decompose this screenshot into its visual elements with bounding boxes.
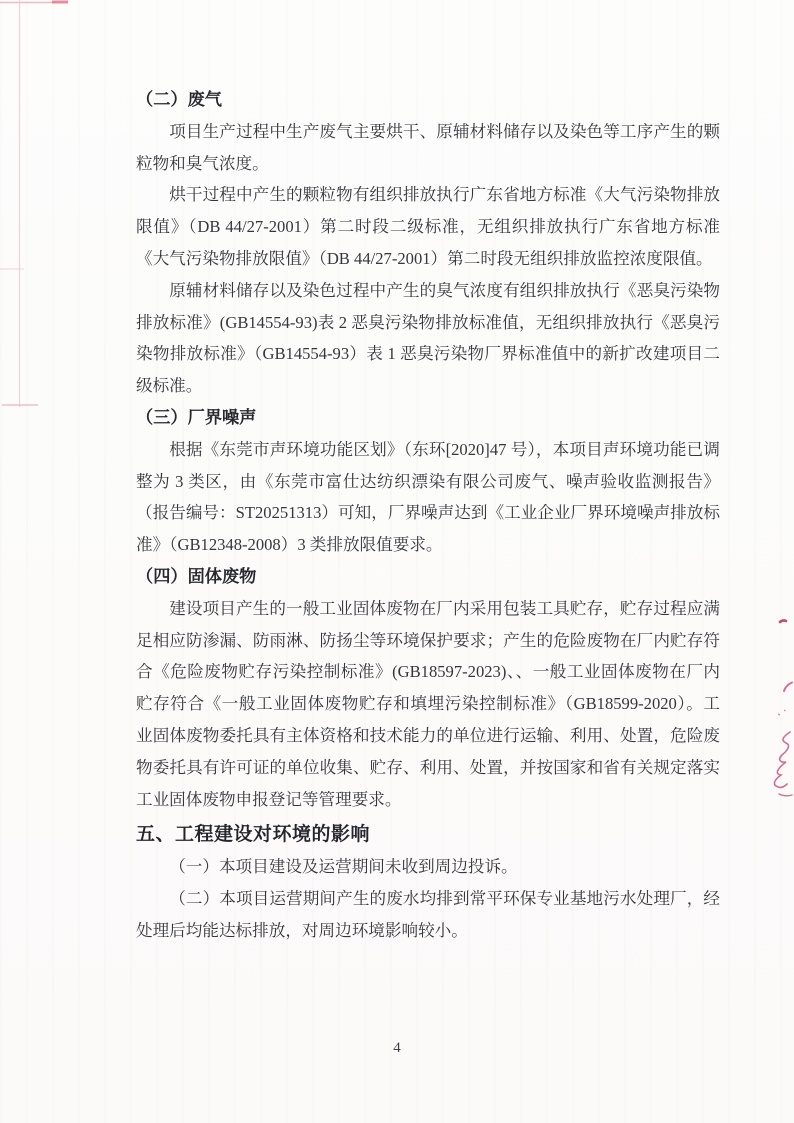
document-body: （二）废气 项目生产过程中生产废气主要烘干、原辅材料储存以及染色等工序产生的颗粒… bbox=[136, 84, 720, 947]
heading-project-environmental-impact: 五、工程建设对环境的影响 bbox=[136, 819, 720, 851]
red-pen-marks-artifact bbox=[754, 598, 794, 818]
subheading-solid-waste: （四）固体废物 bbox=[136, 561, 720, 593]
paragraph-no-complaints: （一）本项目建设及运营期间未收到周边投诉。 bbox=[136, 851, 720, 883]
red-margin-grid-lines-artifact bbox=[0, 0, 100, 420]
paragraph-waste-gas-overview: 项目生产过程中生产废气主要烘干、原辅材料储存以及染色等工序产生的颗粒物和臭气浓度… bbox=[136, 116, 720, 180]
paragraph-noise-standards: 根据《东莞市声环境功能区划》（东环[2020]47 号），本项目声环境功能已调整… bbox=[136, 434, 720, 561]
scanned-document-page: （二）废气 项目生产过程中生产废气主要烘干、原辅材料储存以及染色等工序产生的颗粒… bbox=[0, 0, 794, 1123]
paragraph-odor-emission-standards: 原辅材料储存以及染色过程中产生的臭气浓度有组织排放执行《恶臭污染物排放标准》(G… bbox=[136, 275, 720, 402]
subheading-waste-gas: （二）废气 bbox=[136, 84, 720, 116]
paragraph-particulate-emission-standards: 烘干过程中产生的颗粒物有组织排放执行广东省地方标准《大气污染物排放限值》（DB … bbox=[136, 179, 720, 274]
paragraph-wastewater-treatment: （二）本项目运营期间产生的废水均排到常平环保专业基地污水处理厂，经处理后均能达标… bbox=[136, 883, 720, 947]
subheading-boundary-noise: （三）厂界噪声 bbox=[136, 402, 720, 434]
page-number: 4 bbox=[0, 1040, 794, 1057]
paragraph-solid-waste-management: 建设项目产生的一般工业固体废物在厂内采用包装工具贮存，贮存过程应满足相应防渗漏、… bbox=[136, 593, 720, 816]
